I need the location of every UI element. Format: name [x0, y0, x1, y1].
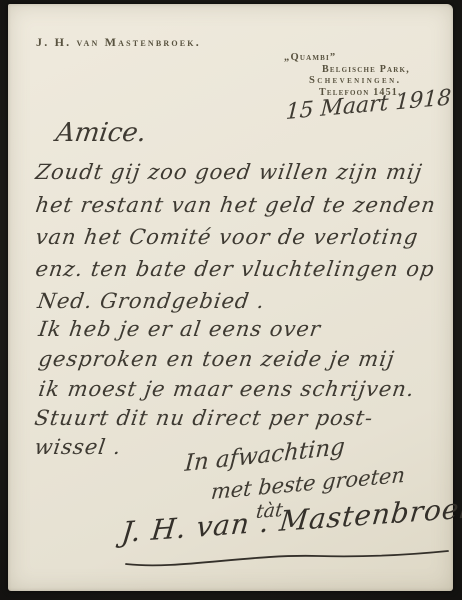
body-line-3: van het Comité voor de verloting	[34, 225, 420, 249]
body-line-1: Zoudt gij zoo goed willen zijn mij	[34, 160, 424, 184]
body-line-5: Ned. Grondgebied .	[36, 289, 267, 313]
letterhead-sender-name: J. H. van Mastenbroek.	[36, 35, 201, 50]
body-line-9: Stuurt dit nu direct per post-	[33, 406, 375, 430]
body-line-8: ik moest je maar eens schrijven.	[37, 377, 416, 401]
letter-paper: J. H. van Mastenbroek. „Quambi” Belgisch…	[8, 4, 453, 591]
letterhead-address-line-1: Belgische Park,	[322, 64, 410, 75]
letterhead-villa-name: „Quambi”	[284, 52, 336, 63]
body-line-7: gesproken en toen zeide je mij	[37, 347, 396, 371]
salutation: Amice.	[54, 118, 148, 148]
body-line-6: Ik heb je er al eens over	[37, 317, 323, 341]
letter-photo-backdrop: J. H. van Mastenbroek. „Quambi” Belgisch…	[0, 0, 462, 600]
body-line-10: wissel .	[33, 435, 123, 459]
signature: J. H. van . Mastenbroek	[120, 491, 462, 549]
letterhead-address-line-2: Scheveningen.	[309, 75, 402, 86]
body-line-2: het restant van het geld te zenden	[34, 193, 438, 217]
signature-underline-flourish	[118, 544, 453, 570]
body-line-4: enz. ten bate der vluchtelingen op	[34, 257, 436, 281]
